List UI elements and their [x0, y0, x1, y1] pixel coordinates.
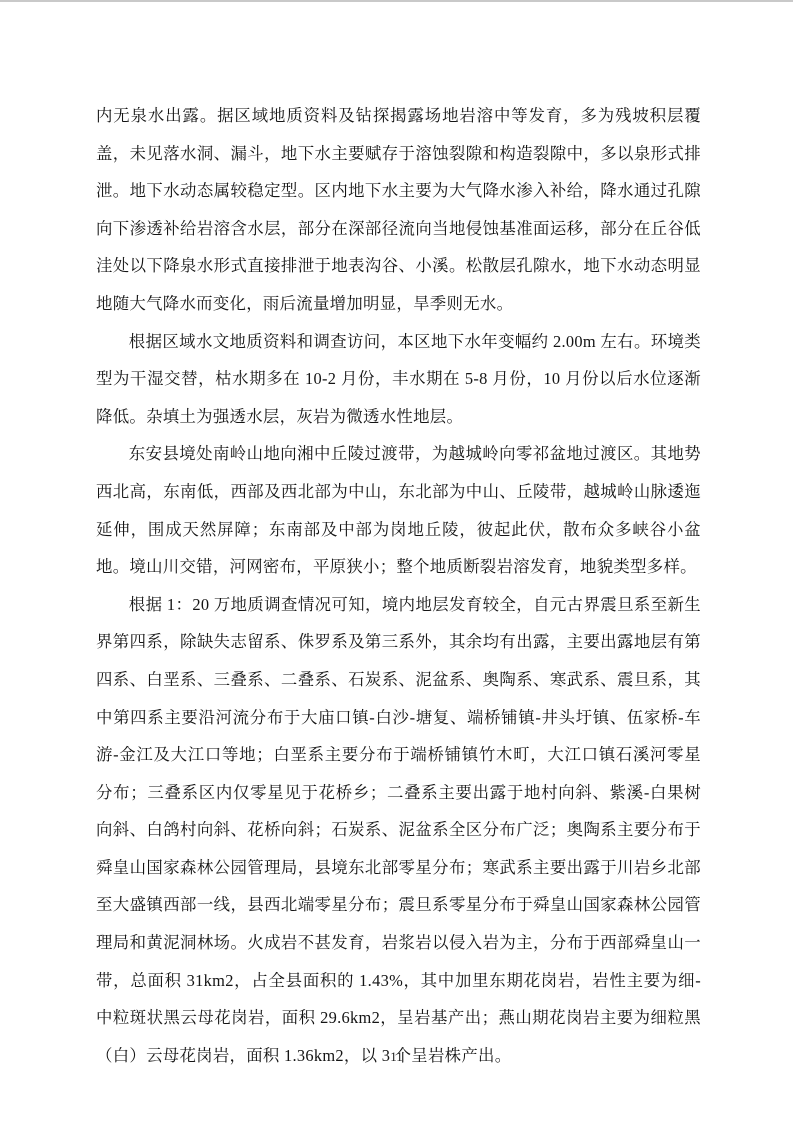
document-page: 内无泉水出露。据区域地质资料及钻探揭露场地岩溶中等发育，多为残坡积层覆盖，未见落…: [0, 0, 793, 1122]
paragraph-groundwater-continuation: 内无泉水出露。据区域地质资料及钻探揭露场地岩溶中等发育，多为残坡积层覆盖，未见落…: [96, 97, 701, 323]
paragraph-topography: 东安县境处南岭山地向湘中丘陵过渡带，为越城岭向零祁盆地过渡区。其地势西北高，东南…: [96, 435, 701, 585]
paragraph-geology-strata: 根据 1：20 万地质调查情况可知，境内地层发育较全，自元古界震旦系至新生界第四…: [96, 586, 701, 1075]
text-block: 内无泉水出露。据区域地质资料及钻探揭露场地岩溶中等发育，多为残坡积层覆盖，未见落…: [96, 97, 701, 1074]
paragraph-hydrogeology-survey: 根据区域水文地质资料和调查访问，本区地下水年变幅约 2.00m 左右。环境类型为…: [96, 323, 701, 436]
page-number: 11: [390, 1049, 403, 1064]
page-footer: 11: [0, 1048, 793, 1066]
scan-top-edge: [0, 0, 793, 2]
